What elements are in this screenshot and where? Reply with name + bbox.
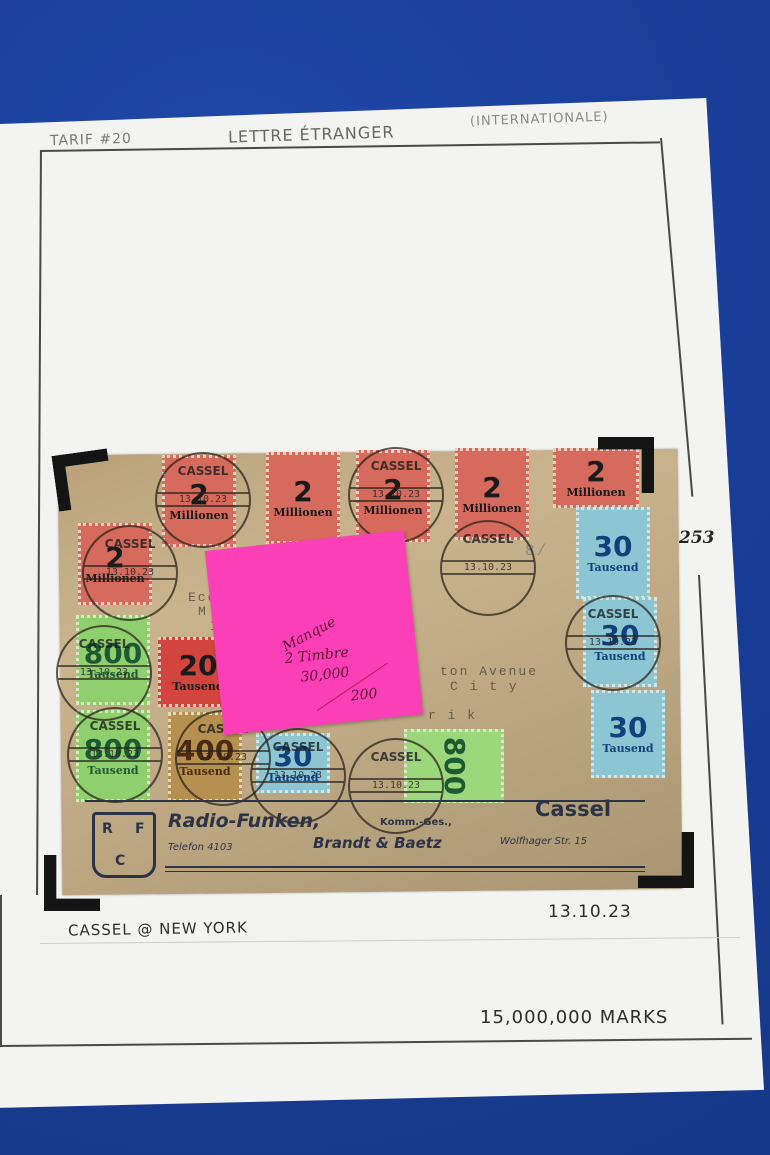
stamp-2-millionen: 2Millionen (553, 448, 639, 508)
route-annotation: CASSEL @ NEW YORK (68, 918, 248, 939)
letterhead-street: Wolfhager Str. 15 (500, 836, 587, 847)
sticky-note: Manque 2 Timbre 30,000 200 (205, 530, 423, 735)
rfc-logo: R F C (92, 812, 156, 878)
date-annotation: 13.10.23 (548, 902, 632, 922)
typed-city: C i t y (450, 679, 519, 694)
stamp-2-millionen: 2Millionen (356, 450, 430, 542)
stamp-2-millionen: 2Millionen (455, 448, 529, 540)
tariff-label: TARIF #20 (50, 131, 132, 149)
letterhead-rule-bottom2 (165, 871, 645, 872)
pencil-mark: 8/ (525, 542, 548, 560)
stamp-800-tausend: 800Tausend (76, 710, 150, 802)
typed-country: r i k (428, 708, 477, 723)
letterhead-rule-bottom (165, 866, 645, 868)
frame-left-lower (0, 895, 2, 1045)
letterhead-phone: Telefon 4103 (168, 842, 233, 853)
stamp-30-tausend: 30Tausend (583, 597, 657, 687)
note-line-amount: 30,000 (300, 665, 350, 686)
stamp-30-tausend: 30Tausend (256, 733, 330, 793)
letterhead-city: Cassel (535, 797, 611, 821)
stamp-30-tausend: 30Tausend (576, 507, 650, 599)
typed-line2: M (198, 604, 208, 619)
letterhead-owners: Brandt & Baetz (313, 834, 442, 852)
letterhead-company: Radio-Funken, (168, 810, 320, 832)
stamp-2-millionen: 2Millionen (162, 455, 236, 547)
stamp-800-tausend-inverted: 800 (404, 729, 504, 803)
typed-street: ton Avenue (440, 664, 538, 679)
stamp-2-millionen: 2Millionen (266, 452, 340, 544)
stamp-2-millionen: 2Millionen (78, 523, 152, 605)
page-number: 253 (679, 528, 715, 548)
note-line-value: 200 (350, 686, 378, 705)
stamp-30-tausend: 30Tausend (591, 690, 665, 778)
stamp-800-tausend: 800Tausend (76, 615, 150, 705)
letterhead-firm-type: Komm.-Ges., (380, 817, 452, 828)
total-postage: 15,000,000 MARKS (480, 1007, 668, 1028)
